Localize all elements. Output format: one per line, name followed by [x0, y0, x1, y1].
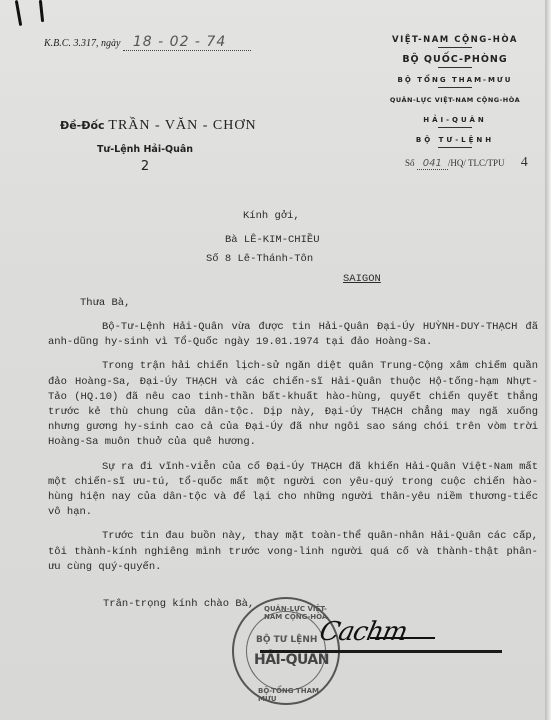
- ink-stroke-marks: [15, 0, 45, 28]
- signature: Cachm: [317, 617, 410, 647]
- handwritten-mark: 2: [60, 159, 230, 174]
- reference-number-value: 041: [417, 158, 448, 170]
- reference-mark: 4: [521, 155, 528, 170]
- recipient-city: SAIGON: [343, 273, 381, 285]
- recipient-address: Số 8 Lê-Thánh-Tôn: [206, 253, 313, 265]
- letterhead-block: VIỆT-NAM CỘNG-HÒA BỘ QUỐC-PHÒNG BỘ TỔNG …: [370, 30, 540, 150]
- paper-edge: [545, 0, 551, 720]
- reference-suffix: /HQ/ TLC/TPU: [448, 158, 505, 168]
- letter-body: Bộ-Tư-Lệnh Hải-Quân vừa được tin Hải-Quâ…: [48, 320, 538, 584]
- closing: Trân-trọng kính chào Bà,: [103, 598, 254, 610]
- reference-number: Số 041/HQ/ TLC/TPU 4: [405, 155, 528, 171]
- sender-name-line: Đề-Đốc TRẦN - VĂN - CHƠN: [60, 118, 230, 134]
- recipient-name: Bà LÊ-KIM-CHIỀU: [225, 234, 320, 246]
- paragraph: Trước tin đau buồn này, thay mặt toàn-th…: [48, 529, 538, 575]
- kbc-date-line: K.B.C. 3.317, ngày 18 - 02 - 74: [44, 34, 251, 51]
- reference-prefix: Số: [405, 158, 415, 168]
- greeting: Thưa Bà,: [80, 297, 130, 309]
- letterhead-line-command: BỘ TƯ-LỆNH: [370, 130, 540, 150]
- signature-stroke: [370, 637, 435, 639]
- handwritten-date: 18 - 02 - 74: [123, 34, 251, 51]
- sender-title: Tư-Lệnh Hải-Quân: [60, 144, 230, 155]
- seal-bottom-text: BỘ-TỔNG THAM-MƯU: [258, 687, 338, 703]
- paragraph: Sự ra đi vĩnh-viễn của cố Đại-Úy THẠCH đ…: [48, 460, 538, 521]
- sender-rank: Đề-Đốc: [60, 119, 105, 132]
- letterhead-line-general-staff: BỘ TỔNG THAM-MƯU: [370, 70, 540, 90]
- paragraph: Bộ-Tư-Lệnh Hải-Quân vừa được tin Hải-Quâ…: [48, 320, 538, 350]
- sender-block: Đề-Đốc TRẦN - VĂN - CHƠN Tư-Lệnh Hải-Quâ…: [60, 118, 230, 174]
- letterhead-line-country: VIỆT-NAM CỘNG-HÒA: [370, 30, 540, 50]
- paragraph: Trong trận hải chiến lịch-sử ngăn diệt q…: [48, 359, 538, 450]
- signature-underline: [260, 650, 502, 653]
- kbc-label: K.B.C. 3.317, ngày: [44, 38, 120, 49]
- salutation: Kính gởi,: [243, 210, 300, 222]
- letterhead-line-navy: HẢI-QUÂN: [370, 110, 540, 130]
- letterhead-line-armed-forces: QUÂN-LỰC VIỆT-NAM CỘNG-HÒA: [370, 90, 540, 110]
- letterhead-line-ministry: BỘ QUỐC-PHÒNG: [370, 50, 540, 70]
- seal-inner-line2: HẢI-QUÂN: [254, 652, 329, 668]
- letter-page: K.B.C. 3.317, ngày 18 - 02 - 74 VIỆT-NAM…: [0, 0, 545, 720]
- sender-name: TRẦN - VĂN - CHƠN: [108, 118, 256, 133]
- seal-inner-line1: BỘ TƯ LỆNH: [256, 635, 317, 645]
